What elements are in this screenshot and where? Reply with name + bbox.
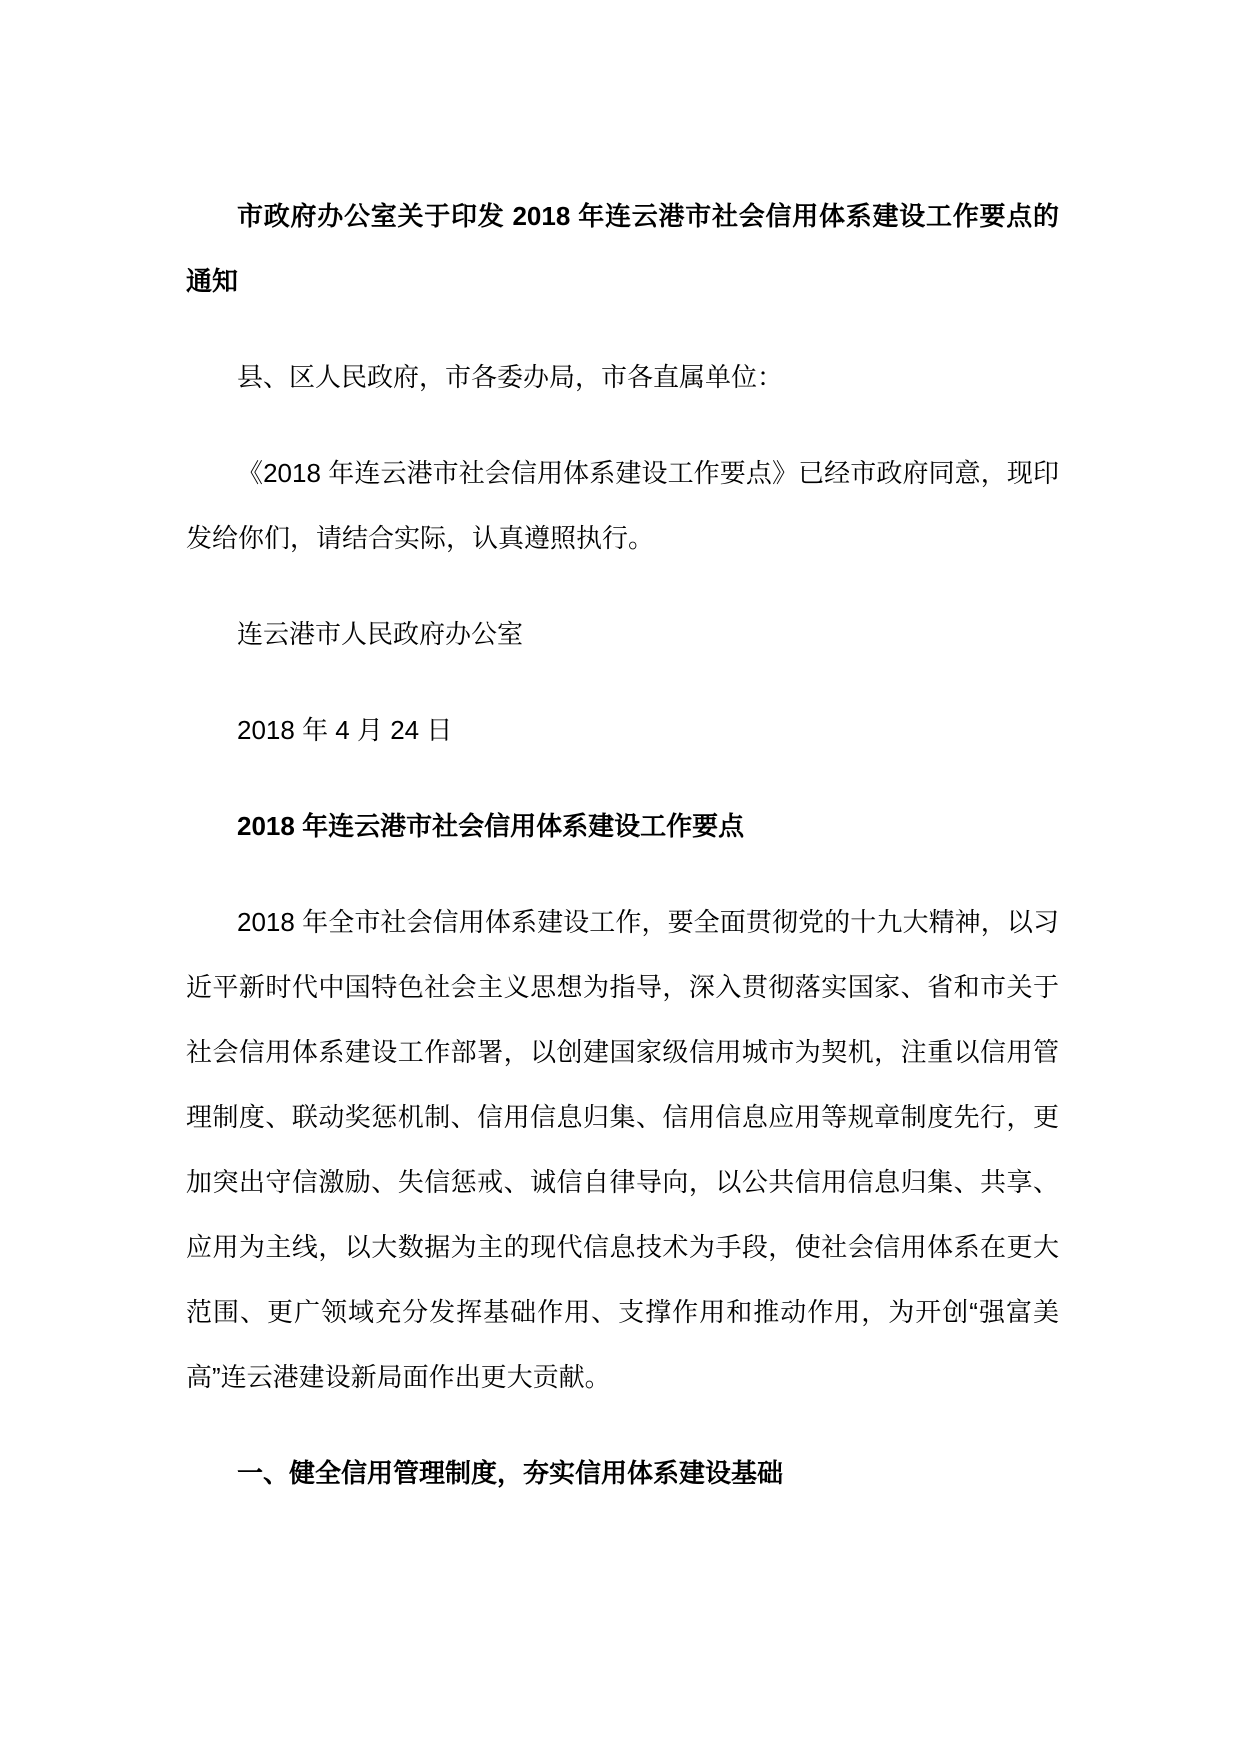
issuer: 连云港市人民政府办公室 [186, 602, 1059, 667]
salutation: 县、区人民政府，市各委办局，市各直属单位： [186, 345, 1059, 410]
intro-paragraph: 2018 年全市社会信用体系建设工作，要全面贯彻党的十九大精神，以习近平新时代中… [186, 890, 1059, 1410]
document-title: 市政府办公室关于印发 2018 年连云港市社会信用体系建设工作要点的通知 [186, 184, 1059, 314]
notice-paragraph: 《2018 年连云港市社会信用体系建设工作要点》已经市政府同意，现印发给你们，请… [186, 441, 1059, 571]
attachment-title: 2018 年连云港市社会信用体系建设工作要点 [186, 794, 1059, 859]
section-1-heading: 一、健全信用管理制度，夯实信用体系建设基础 [186, 1441, 1059, 1506]
document-page: 市政府办公室关于印发 2018 年连云港市社会信用体系建设工作要点的通知 县、区… [0, 0, 1241, 1754]
issue-date: 2018 年 4 月 24 日 [186, 698, 1059, 763]
